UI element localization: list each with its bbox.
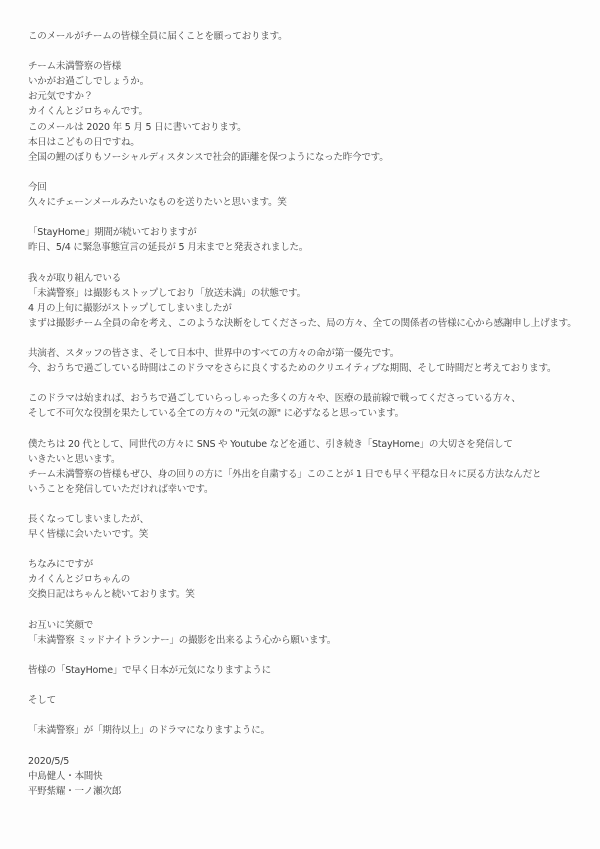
letter-line: 皆様の「StayHome」で早く日本が元気になりますように [28, 663, 592, 678]
letter-line: ちなみにですが [28, 557, 592, 572]
letter-line: 「未満警察」が「期待以上」のドラマになりますように。 [28, 723, 592, 738]
paragraph-opening-wish: このメールがチームの皆様全員に届くことを願っております。 [28, 29, 592, 44]
paragraph-filming-hope: お互いに笑顔で「未満警察 ミッドナイトランナー」の撮影を出来るよう心から願います… [28, 618, 592, 648]
letter-line: 共演者、スタッフの皆さま、そして日本中、世界中のすべての方々の命が第一優先です。 [28, 346, 592, 361]
letter-line: チーム未満警察の皆様もぜひ、身の回りの方に「外出を自粛する」このことが 1 日で… [28, 467, 592, 482]
letter-line: 「StayHome」期間が続いておりますが [28, 225, 592, 240]
letter-line: カイくんとジロちゃんです。 [28, 104, 592, 119]
letter-line: 昨日、5/4 に緊急事態宣言の延長が 5 月末までと発表されました。 [28, 240, 592, 255]
letter-line: 「未満警察 ミッドナイトランナー」の撮影を出来るよう心から願います。 [28, 633, 592, 648]
letter-line: カイくんとジロちゃんの [28, 572, 592, 587]
letter-line: 今回 [28, 180, 592, 195]
letter-line: お元気ですか？ [28, 89, 592, 104]
letter-line: まずは撮影チーム全員の命を考え、このような決断をしてくださった、局の方々、全ての… [28, 316, 592, 331]
letter-line: チーム未満警察の皆様 [28, 59, 592, 74]
paragraph-sns-message: 僕たちは 20 代として、同世代の方々に SNS や Youtube などを通じ… [28, 437, 592, 497]
letter-line: 早く皆様に会いたいです。笑 [28, 527, 592, 542]
letter-line: このドラマは始まれば、おうちで過ごしていらっしゃった多くの方々や、医療の最前線で… [28, 391, 592, 406]
letter-line: このメールは 2020 年 5 月 5 日に書いております。 [28, 120, 592, 135]
letter-line: 僕たちは 20 代として、同世代の方々に SNS や Youtube などを通じ… [28, 437, 592, 452]
paragraph-filming-stopped: 我々が取り組んでいる「未満警察」は撮影もストップしており「放送未満」の状態です。… [28, 271, 592, 331]
paragraph-japan-genki: 皆様の「StayHome」で早く日本が元気になりますように [28, 663, 592, 678]
letter-line: 全国の鯉のぼりもソーシャルディスタンスで社会的距離を保つようになった昨今です。 [28, 150, 592, 165]
letter-line: 平野紫耀・一ノ瀬次郎 [28, 784, 592, 799]
letter-line: 我々が取り組んでいる [28, 271, 592, 286]
letter-line: お互いに笑顔で [28, 618, 592, 633]
date-line: 2020/5/5 [28, 754, 592, 769]
letter-line: 今、おうちで過ごしている時間はこのドラマをさらに良くするためのクリエイティブな期… [28, 361, 592, 376]
letter-line: 長くなってしまいましたが、 [28, 512, 592, 527]
letter-line: 中島健人・本間快 [28, 769, 592, 784]
letter-line: 久々にチェーンメールみたいなものを送りたいと思います。笑 [28, 195, 592, 210]
paragraph-stayhome-period: 「StayHome」期間が続いておりますが昨日、5/4 に緊急事態宣言の延長が … [28, 225, 592, 255]
paragraph-want-to-meet: 長くなってしまいましたが、早く皆様に会いたいです。笑 [28, 512, 592, 542]
paragraph-greeting: チーム未満警察の皆様いかがお過ごしでしょうか。お元気ですか？カイくんとジロちゃん… [28, 59, 592, 165]
letter-line: 交換日記はちゃんと続いております。笑 [28, 587, 592, 602]
letter-line: そして [28, 693, 592, 708]
letter-line: 「未満警察」は撮影もストップしており「放送未満」の状態です。 [28, 286, 592, 301]
signature-block: 2020/5/5中島健人・本間快平野紫耀・一ノ瀬次郎 [28, 754, 592, 799]
letter-page: このメールがチームの皆様全員に届くことを願っております。チーム未満警察の皆様いか… [0, 0, 600, 849]
letter-line: このメールがチームの皆様全員に届くことを願っております。 [28, 29, 592, 44]
paragraph-beyond-expectations: 「未満警察」が「期待以上」のドラマになりますように。 [28, 723, 592, 738]
paragraph-genki-no-minamoto: このドラマは始まれば、おうちで過ごしていらっしゃった多くの方々や、医療の最前線で… [28, 391, 592, 421]
letter-line: いかがお過ごしでしょうか。 [28, 74, 592, 89]
letter-line: 4 月の上旬に撮影がストップしてしまいましたが [28, 301, 592, 316]
letter-line: いきたいと思います。 [28, 452, 592, 467]
letter-line: そして不可欠な役割を果たしている全ての方々の "元気の源" に必ずなると思ってい… [28, 406, 592, 421]
letter-line: いうことを発信していただければ幸いです。 [28, 482, 592, 497]
paragraph-exchange-diary: ちなみにですがカイくんとジロちゃんの交換日記はちゃんと続いております。笑 [28, 557, 592, 602]
letter-line: 本日はこどもの日ですね。 [28, 135, 592, 150]
paragraph-life-first: 共演者、スタッフの皆さま、そして日本中、世界中のすべての方々の命が第一優先です。… [28, 346, 592, 376]
paragraph-soshite: そして [28, 693, 592, 708]
paragraph-chain-mail: 今回久々にチェーンメールみたいなものを送りたいと思います。笑 [28, 180, 592, 210]
